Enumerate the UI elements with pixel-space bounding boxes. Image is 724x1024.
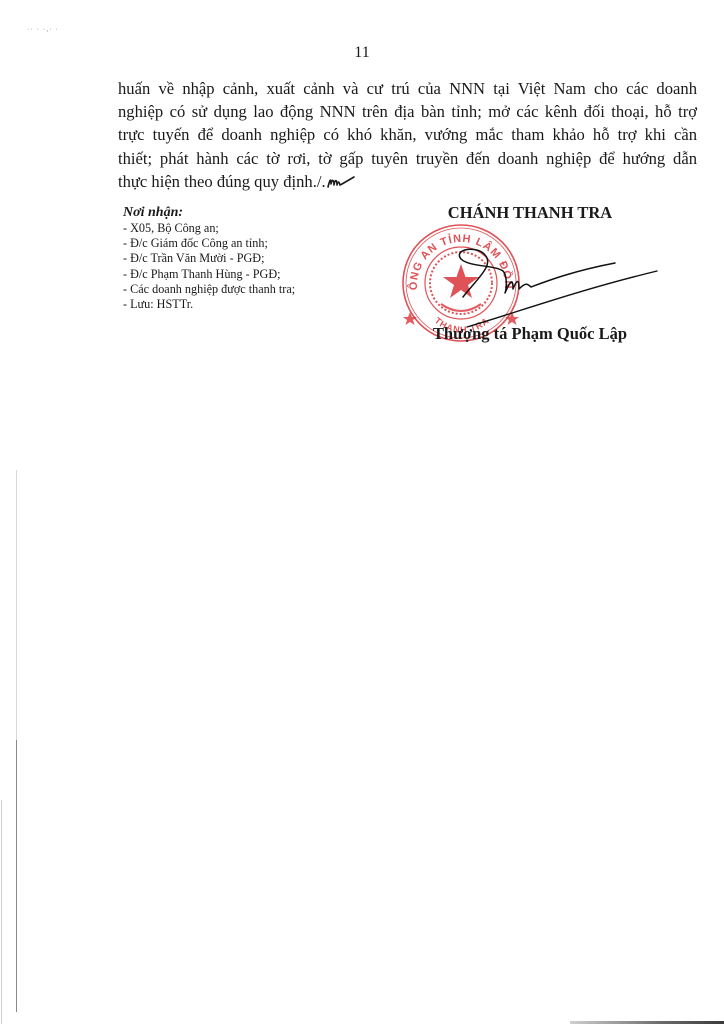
scan-margin-line-faint xyxy=(16,470,17,740)
scan-artifact-marks: ·· · ·,· · xyxy=(27,26,59,33)
recipient-item: - Lưu: HSTTr. xyxy=(123,297,295,312)
page-number: 11 xyxy=(0,44,724,62)
body-line: thiết; phát hành các tờ rơi, tờ gấp tuyê… xyxy=(118,147,697,170)
scan-left-edge xyxy=(1,800,2,1024)
body-line-final-text: thực hiện theo đúng quy định./. xyxy=(118,172,326,191)
recipient-item: - Đ/c Giám đốc Công an tỉnh; xyxy=(123,236,295,251)
body-line: nghiệp có sử dụng lao động NNN trên địa … xyxy=(118,100,697,123)
signer-block: CHÁNH THANH TRA CÔNG AN TỈNH LÂM ĐỒNG TH… xyxy=(395,200,665,350)
signer-name: Thượng tá Phạm Quốc Lập xyxy=(395,324,665,344)
initials-mark-icon xyxy=(326,175,358,189)
body-line-final: thực hiện theo đúng quy định./. xyxy=(118,170,697,193)
handwritten-signature-icon xyxy=(455,235,665,335)
signer-title: CHÁNH THANH TRA xyxy=(395,203,665,223)
recipients-list: Nơi nhận: - X05, Bộ Công an; - Đ/c Giám … xyxy=(123,205,295,312)
recipient-item: - X05, Bộ Công an; xyxy=(123,221,295,236)
scan-margin-line xyxy=(16,740,17,1012)
body-line: huấn về nhập cảnh, xuất cảnh và cư trú c… xyxy=(118,77,697,100)
recipient-item: - Đ/c Phạm Thanh Hùng - PGĐ; xyxy=(123,267,295,282)
recipient-item: - Các doanh nghiệp được thanh tra; xyxy=(123,282,295,297)
recipient-item: - Đ/c Trần Văn Mười - PGĐ; xyxy=(123,251,295,266)
body-line: trực tuyến để doanh nghiệp có khó khăn, … xyxy=(118,123,697,146)
recipients-title: Nơi nhận: xyxy=(123,205,295,221)
body-paragraph: huấn về nhập cảnh, xuất cảnh và cư trú c… xyxy=(118,77,697,193)
